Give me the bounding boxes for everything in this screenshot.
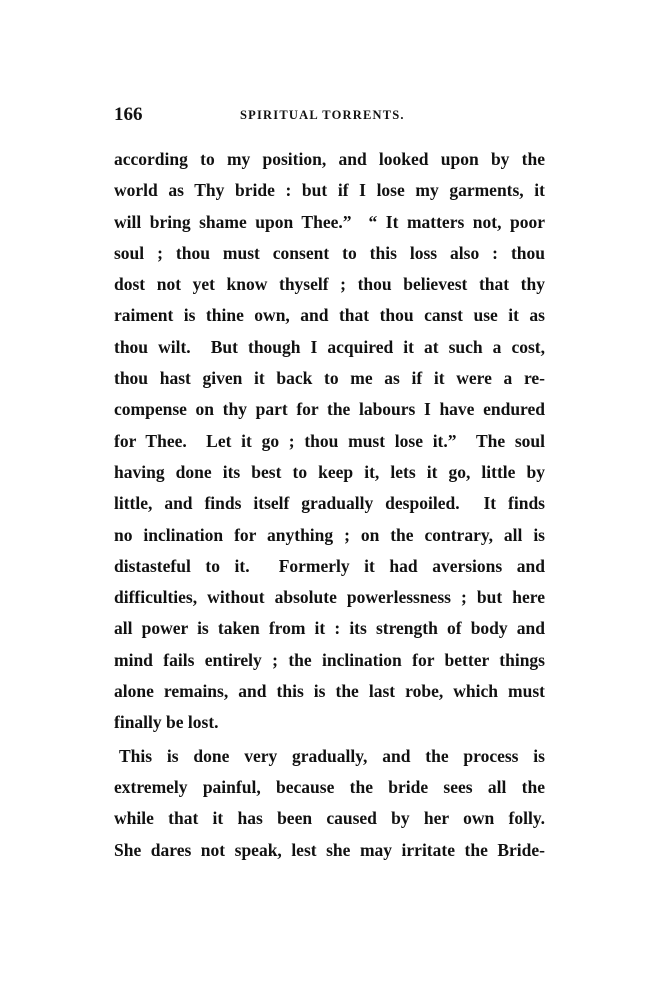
text-line: world as Thy bride : but if I lose my ga… [114, 177, 545, 208]
body-text: according to my position, and looked upo… [114, 146, 545, 868]
text-line: dost not yet know thyself ; thou believe… [114, 271, 545, 302]
text-line: mind fails entirely ; the inclination fo… [114, 647, 545, 678]
text-line: for Thee. Let it go ; thou must lose it.… [114, 428, 545, 459]
text-line: This is done very gradually, and the pro… [114, 743, 545, 774]
text-line: thou wilt. But though I acquired it at s… [114, 334, 545, 365]
book-page: 166 SPIRITUAL TORRENTS. according to my … [0, 0, 654, 1000]
running-title: SPIRITUAL TORRENTS. [240, 108, 405, 123]
running-head: 166 SPIRITUAL TORRENTS. [114, 104, 545, 128]
text-line: thou hast given it back to me as if it w… [114, 365, 545, 396]
text-line: distasteful to it. Formerly it had avers… [114, 553, 545, 584]
text-line: having done its best to keep it, lets it… [114, 459, 545, 490]
text-line: raiment is thine own, and that thou cans… [114, 302, 545, 333]
text-line: will bring shame upon Thee.” “ It matter… [114, 209, 545, 240]
text-line: compense on thy part for the labours I h… [114, 396, 545, 427]
text-line: She dares not speak, lest she may irrita… [114, 837, 545, 868]
text-line: difficulties, without absolute powerless… [114, 584, 545, 615]
text-line: alone remains, and this is the last robe… [114, 678, 545, 709]
text-line: no inclination for anything ; on the con… [114, 522, 545, 553]
text-line: soul ; thou must consent to this loss al… [114, 240, 545, 271]
text-line: little, and finds itself gradually despo… [114, 490, 545, 521]
text-line: finally be lost. [114, 709, 545, 740]
text-line: extremely painful, because the bride see… [114, 774, 545, 805]
paragraph-1: according to my position, and looked upo… [114, 146, 545, 741]
text-line: according to my position, and looked upo… [114, 146, 545, 177]
text-line: while that it has been caused by her own… [114, 805, 545, 836]
paragraph-2: This is done very gradually, and the pro… [114, 743, 545, 868]
text-line: all power is taken from it : its strengt… [114, 615, 545, 646]
page-number: 166 [114, 104, 143, 126]
